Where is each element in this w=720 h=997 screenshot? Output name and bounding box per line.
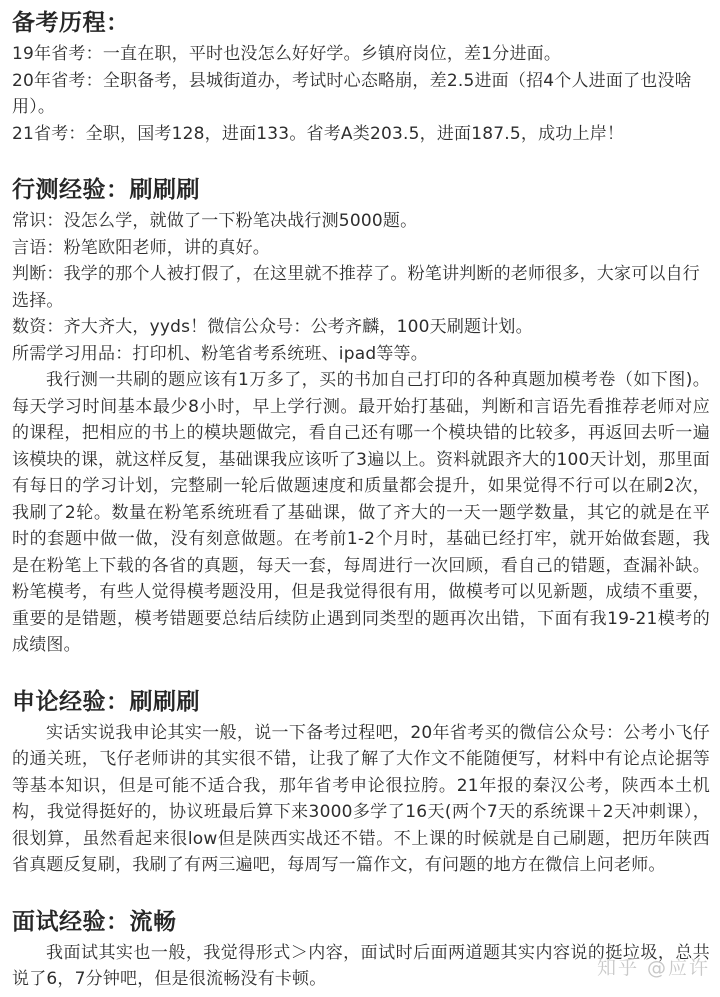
section-xingce: 行测经验：刷刷刷 常识：没怎么学，就做了一下粉笔决战行测5000题。 言语：粉笔… xyxy=(12,173,710,659)
xingce-line-quant: 数资：齐大齐大，yyds！微信公众号：公考齐麟，100天刷题计划。 xyxy=(12,314,710,341)
history-line-2020: 20年省考：全职备考，县城街道办，考试时心态略崩，差2.5进面（招4个人进面了也… xyxy=(12,68,710,121)
history-line-2019: 19年省考：一直在职，平时也没怎么好好学。乡镇府岗位，差1分进面。 xyxy=(12,41,710,68)
zhihu-watermark: 知乎 @应许 xyxy=(597,953,710,980)
section-title-shenlun: 申论经验：刷刷刷 xyxy=(12,685,710,719)
xingce-line-verbal: 言语：粉笔欧阳老师，讲的真好。 xyxy=(12,235,710,262)
xingce-line-supplies: 所需学习用品：打印机、粉笔省考系统班、ipad等等。 xyxy=(12,341,710,368)
article: 备考历程： 19年省考：一直在职，平时也没怎么好好学。乡镇府岗位，差1分进面。 … xyxy=(0,0,720,993)
xingce-line-judgment: 判断：我学的那个人被打假了，在这里就不推荐了。粉笔讲判断的老师很多，大家可以自行… xyxy=(12,261,710,314)
history-line-2021: 21省考：全职，国考128，进面133。省考A类203.5，进面187.5，成功… xyxy=(12,121,710,148)
xingce-paragraph: 我行测一共刷的题应该有1万多了，买的书加自己打印的各种真题加模考卷（如下图)。每… xyxy=(12,367,710,659)
section-title-xingce: 行测经验：刷刷刷 xyxy=(12,173,710,207)
xingce-line-common-sense: 常识：没怎么学，就做了一下粉笔决战行测5000题。 xyxy=(12,208,710,235)
section-title-exam-history: 备考历程： xyxy=(12,6,710,40)
section-title-interview: 面试经验：流畅 xyxy=(12,905,710,939)
shenlun-paragraph: 实话实说我申论其实一般，说一下备考过程吧，20年省考买的微信公众号：公考小飞仔的… xyxy=(12,720,710,879)
section-shenlun: 申论经验：刷刷刷 实话实说我申论其实一般，说一下备考过程吧，20年省考买的微信公… xyxy=(12,685,710,879)
section-exam-history: 备考历程： 19年省考：一直在职，平时也没怎么好好学。乡镇府岗位，差1分进面。 … xyxy=(12,6,710,147)
